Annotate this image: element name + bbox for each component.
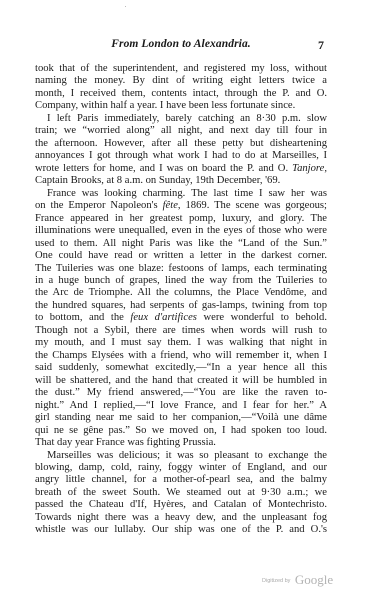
text-line: One could have read or written a letter … xyxy=(35,250,327,262)
text-line: night.” And I replied,—“I love France, a… xyxy=(35,400,327,412)
watermark-prefix: Digitized by xyxy=(262,578,290,584)
text-line: Marseilles was delicious; it was so plea… xyxy=(35,450,327,462)
text-line: on the Emperor Napoleon's fête, 1869. Th… xyxy=(35,200,327,212)
text-line: my mouth, and I must say them. I was wal… xyxy=(35,337,327,349)
text-line: the afternoon. However, after all these … xyxy=(35,138,327,150)
body-text: took that of the superintendent, and reg… xyxy=(35,63,327,537)
italic-phrase: Tanjore, xyxy=(292,163,327,174)
text-line: illuminations were unequalled, even in t… xyxy=(35,225,327,237)
text-line: wrote letters for home, and I was on boa… xyxy=(35,163,327,175)
text-line: the Arc de Triomphe. All the columns, th… xyxy=(35,287,327,299)
page-number: 7 xyxy=(318,38,324,53)
text-line: Towards night there was a heavy dew, and… xyxy=(35,512,327,524)
text-line: in a huge bunch of grapes, lined the way… xyxy=(35,275,327,287)
text-line: will be shattered, and the hand that cre… xyxy=(35,375,327,387)
scan-speck xyxy=(125,6,126,7)
text-line: Captain Brooks, at 8 a.m. on Sunday, 19t… xyxy=(35,175,327,187)
text-line: the dust.” My friend answered,—“You are … xyxy=(35,387,327,399)
text-line: angry little channel, for a mother-of-pe… xyxy=(35,474,327,486)
text-line: France appeared in her greatest pomp, lu… xyxy=(35,213,327,225)
text-line: France was looking charming. The last ti… xyxy=(35,188,327,200)
text-line: That day year France was fighting Prussi… xyxy=(35,437,327,449)
text-line: passed the Chateau d'If, Hyères, and Cat… xyxy=(35,499,327,511)
text-line: took that of the superintendent, and reg… xyxy=(35,63,327,75)
text-line: The Tuileries was one blaze: festoons of… xyxy=(35,263,327,275)
text-line: used to them. All night Paris was like t… xyxy=(35,238,327,250)
text-line: the hundred squares, had serpents of gas… xyxy=(35,300,327,312)
italic-phrase: fête xyxy=(163,200,178,211)
text-line: the Champs Elysées with a friend, who wi… xyxy=(35,350,327,362)
watermark-brand: Google xyxy=(295,572,333,587)
text-line: Company, within half a year. I have been… xyxy=(35,100,327,112)
text-line: Though not a Sybil, there are times when… xyxy=(35,325,327,337)
text-line: said suddenly, somewhat excitedly,—“In a… xyxy=(35,362,327,374)
text-line: breath of the sweet South. We steamed ou… xyxy=(35,487,327,499)
text-line: month, I received them, contents intact,… xyxy=(35,88,327,100)
text-line: to bottom, and the feux d'artifices were… xyxy=(35,312,327,324)
italic-phrase: feux d'artifices xyxy=(130,312,197,323)
digitized-by-watermark: Digitized by Google xyxy=(262,571,333,589)
text-line: naming the money. By dint of writing eig… xyxy=(35,75,327,87)
running-title: From London to Alexandria. xyxy=(35,38,327,50)
text-line: annoyances I got through what work I had… xyxy=(35,150,327,162)
book-page: From London to Alexandria. 7 took that o… xyxy=(0,0,389,599)
text-line: blowing, damp, cold, rainy, foggy winter… xyxy=(35,462,327,474)
text-line: I left Paris immediately, barely catchin… xyxy=(35,113,327,125)
text-line: girl standing near me said to her compan… xyxy=(35,412,327,424)
text-line: qui ne se gêne pas.” So we moved on, I h… xyxy=(35,425,327,437)
running-header: From London to Alexandria. 7 xyxy=(35,38,327,52)
text-line: whistle was our lullaby. Our ship was on… xyxy=(35,524,327,536)
text-line: train; we “worried along” all night, and… xyxy=(35,125,327,137)
